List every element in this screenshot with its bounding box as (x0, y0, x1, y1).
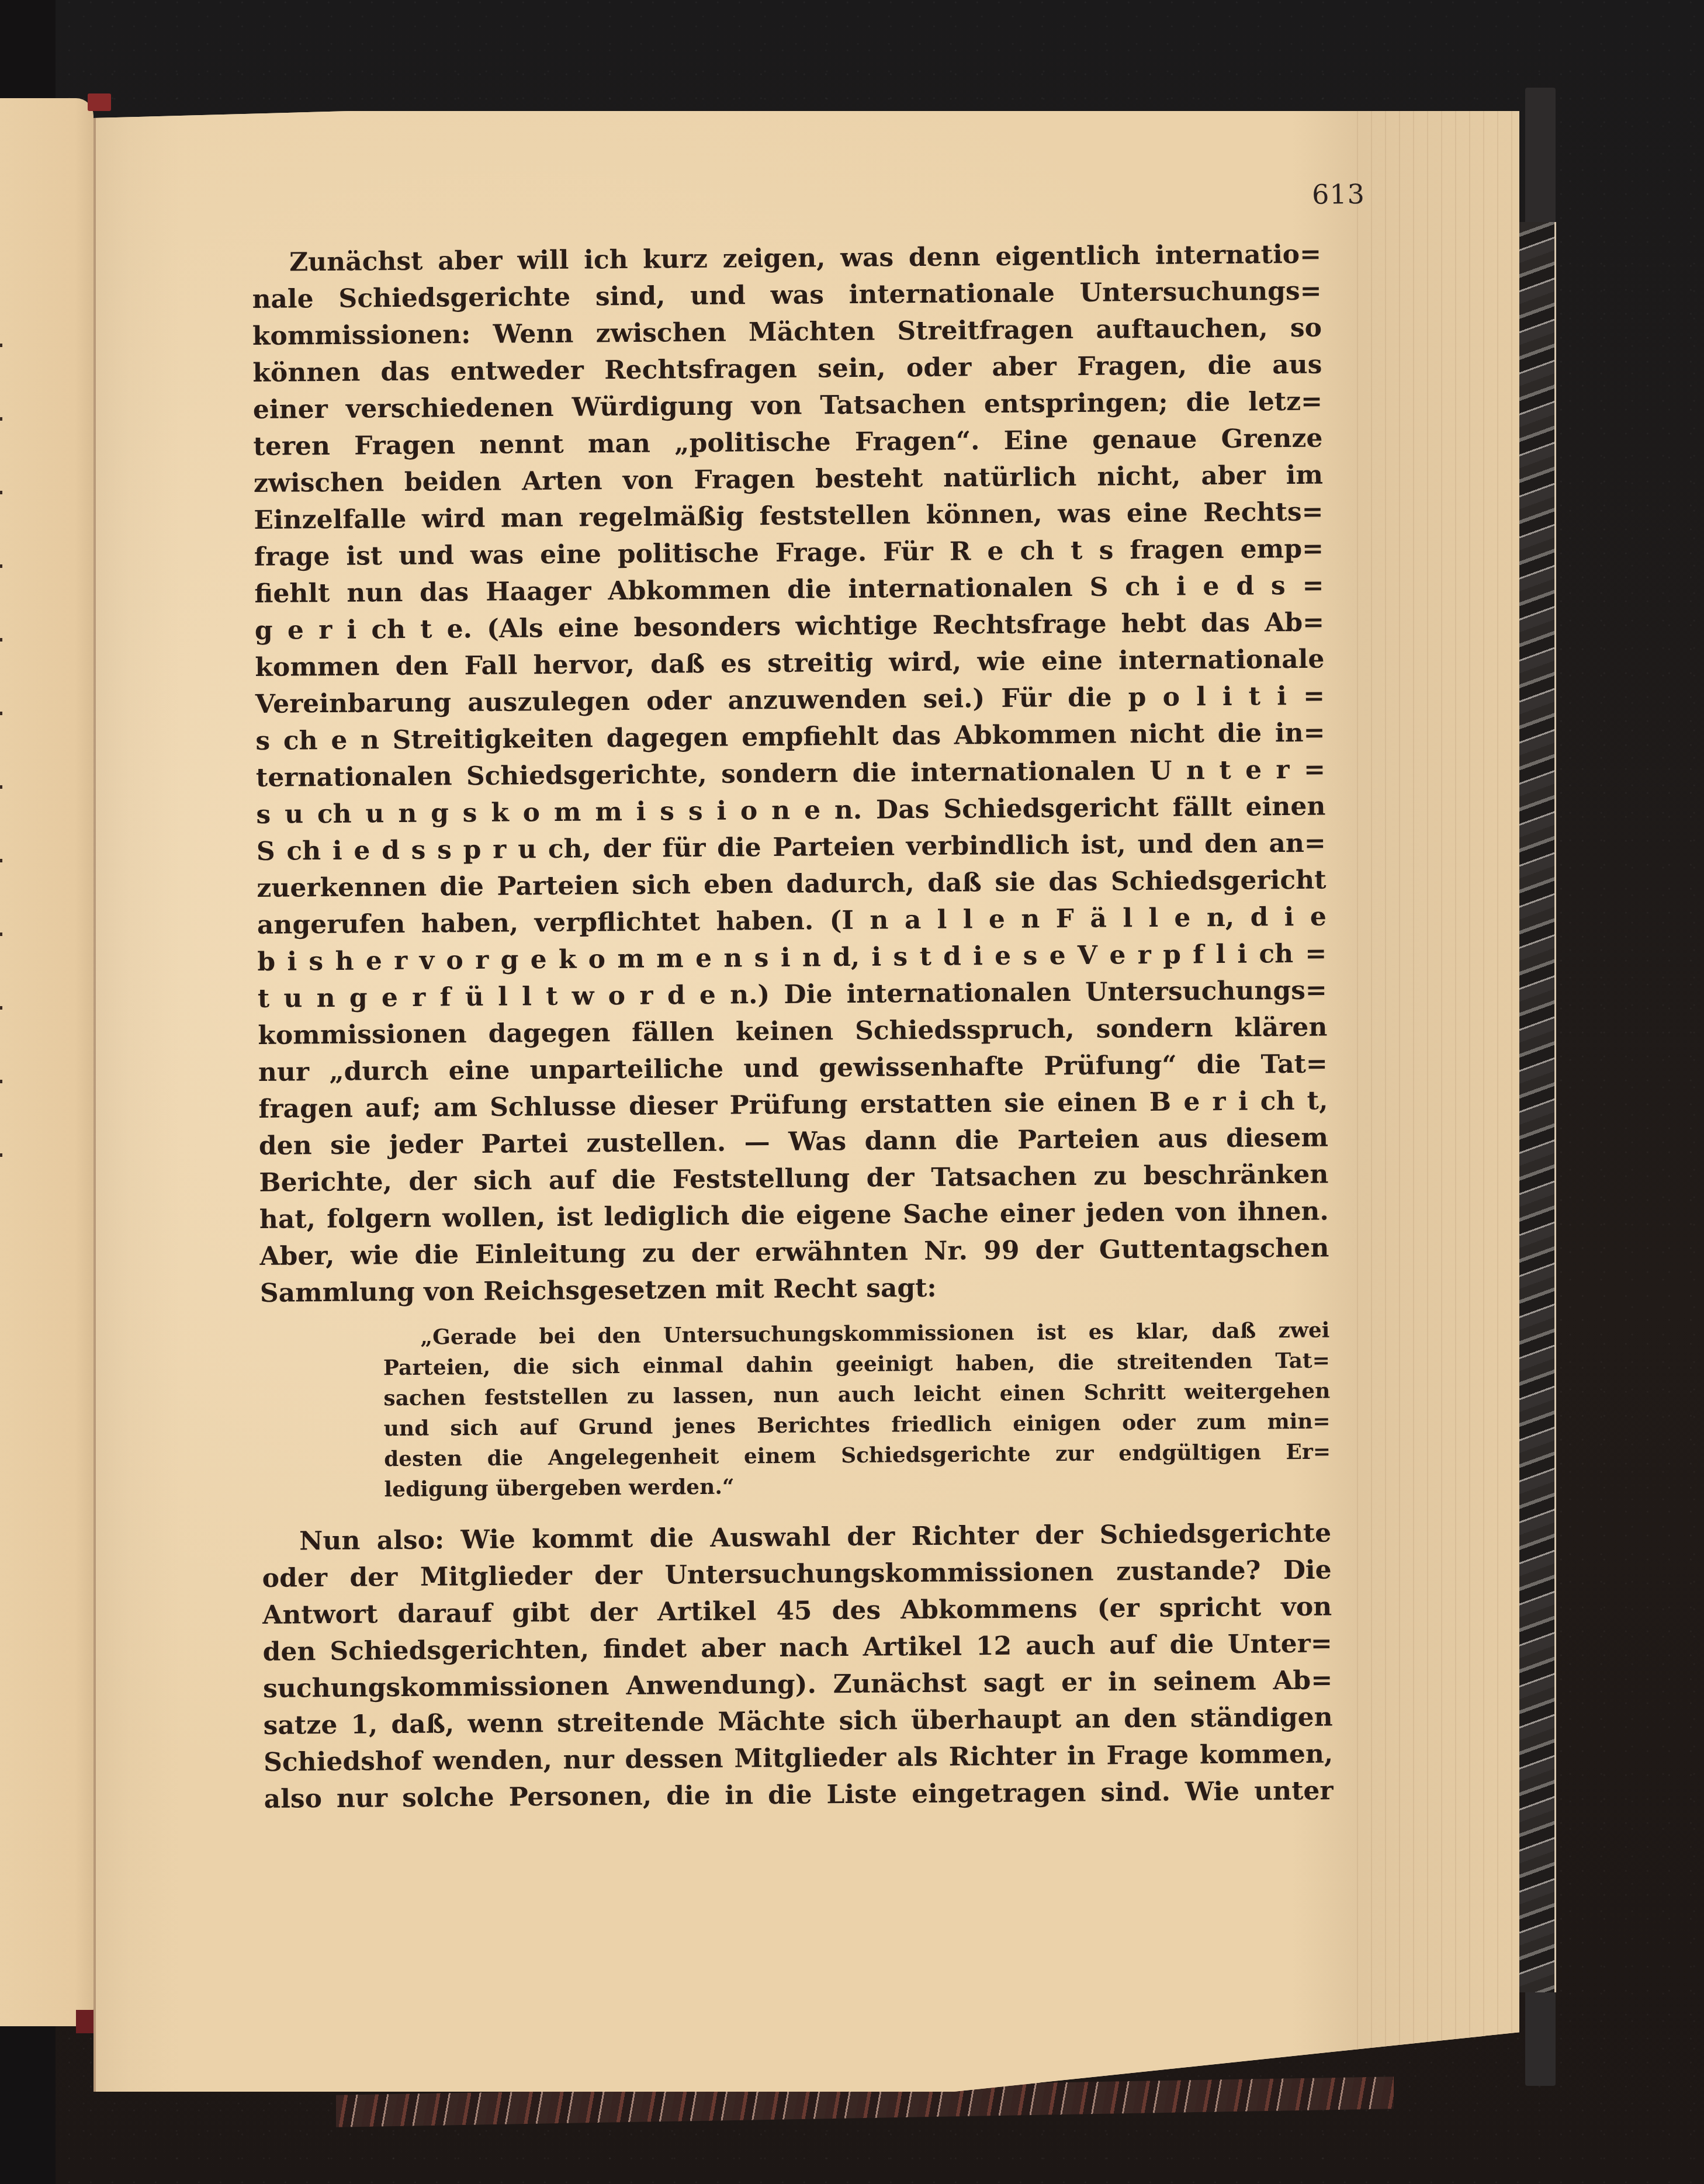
block-quote: „Gerade bei den Untersuchungskommissione… (260, 1315, 1331, 1506)
left-page (0, 98, 93, 2026)
page-stack-edges (1344, 111, 1519, 2092)
text-line: Sammlung von Reichsgesetzen mit Recht sa… (260, 1267, 1329, 1312)
paragraph-1: Zunächst aber will ich kurz zeigen, was … (252, 236, 1329, 1312)
headband-top (88, 93, 111, 111)
paragraph-2: Nun also: Wie kommt die Auswahl der Rich… (262, 1515, 1334, 1818)
left-page-text-bleed (0, 273, 2, 1208)
gutter-fold (93, 111, 96, 2092)
page-number: 613 (1312, 178, 1365, 210)
marbled-fore-edge (1519, 222, 1556, 1992)
body-text: Zunächst aber will ich kurz zeigen, was … (252, 236, 1334, 1818)
right-page: 613 Zunächst aber will ich kurz zeigen, … (93, 111, 1519, 2092)
